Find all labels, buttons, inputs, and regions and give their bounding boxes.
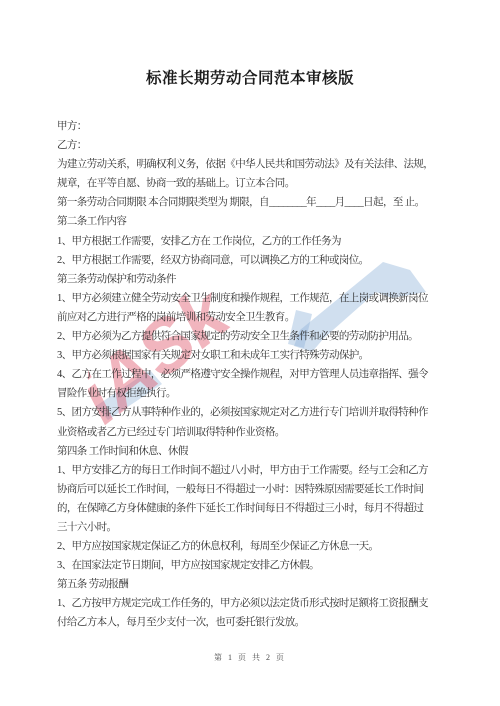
document-line: 乙方： <box>57 136 449 155</box>
document-line: 第一条劳动合同期限 本合同期限类型为 期限，自________年____月___… <box>57 193 449 212</box>
document-line: 甲方： <box>57 117 449 136</box>
document-line: 1、甲方根据工作需要，安排乙方在 工作岗位，乙方的工作任务为 <box>57 232 449 251</box>
document-line: 第四条 工作时间和休息、休假 <box>57 442 449 461</box>
document-title: 标准长期劳动合同范本审核版 <box>0 66 500 88</box>
document-line: 1、甲方必须建立健全劳动安全卫生制度和操作规程，工作规范，在上岗或调换新岗位 <box>57 289 449 308</box>
document-line: 三十六小时。 <box>57 518 449 537</box>
page-number: 第 1 页 共 2 页 <box>0 652 500 663</box>
document-line: 1、甲方安排乙方的每日工作时间不超过八小时，甲方由于工作需要。经与工会和乙方 <box>57 461 449 480</box>
document-line: 4、乙方在工作过程中，必须严格遵守安全操作规程，对甲方管理人员违章指挥、强令 <box>57 365 449 384</box>
document-line: 协商后可以延长工作时间，一般每日不得超过一小时：因特殊原因需要延长工作时间 <box>57 480 449 499</box>
document-line: 第二条工作内容 <box>57 212 449 231</box>
document-line: 第三条劳动保护和劳动条件 <box>57 270 449 289</box>
document-line: 2、甲方必须为乙方提供符合国家规定的劳动安全卫生条件和必要的劳动防护用品。 <box>57 327 449 346</box>
document-line: 的，在保障乙方身体健康的条件下延长工作时间每日不得超过三小时，每月不得超过 <box>57 499 449 518</box>
document-line: 2、甲方应按国家规定保证乙方的休息权利，每周至少保证乙方休息一天。 <box>57 537 449 556</box>
document-line: 付给乙方本人，每月至少支付一次，也可委托银行发放。 <box>57 613 449 632</box>
document-line: 业资格或者乙方已经过专门培训取得特种作业资格。 <box>57 423 449 442</box>
document-page: iASk 标准长期劳动合同范本审核版 甲方：乙方：为建立劳动关系，明确权利义务，… <box>0 0 500 706</box>
document-line: 3、在国家法定节日期间，甲方应按国家规定安排乙方休假。 <box>57 556 449 575</box>
document-line: 1、乙方按甲方规定完成工作任务的，甲方必须以法定货币形式按时足额将工资报酬支 <box>57 594 449 613</box>
document-line: 为建立劳动关系，明确权利义务，依据《中华人民共和国劳动法》及有关法律、法规， <box>57 155 449 174</box>
document-line: 5、团方安排乙方从事特种作业的，必须按国家规定对乙方进行专门培训并取得特种作 <box>57 403 449 422</box>
document-line: 规章，在平等自愿、协商一致的基础上。订立本合同。 <box>57 174 449 193</box>
document-line: 第五条 劳动报酬 <box>57 575 449 594</box>
document-body: 甲方：乙方：为建立劳动关系，明确权利义务，依据《中华人民共和国劳动法》及有关法律… <box>57 117 449 633</box>
document-line: 前应对乙方进行严格的岗前培训和劳动安全卫生教育。 <box>57 308 449 327</box>
document-line: 3、甲方必须根据国家有关规定对女职工和未成年工实行特殊劳动保护。 <box>57 346 449 365</box>
document-line: 2、甲方根据工作需要，经双方协商同意，可以调换乙方的工种或岗位。 <box>57 251 449 270</box>
document-line: 冒险作业时有权拒绝执行。 <box>57 384 449 403</box>
